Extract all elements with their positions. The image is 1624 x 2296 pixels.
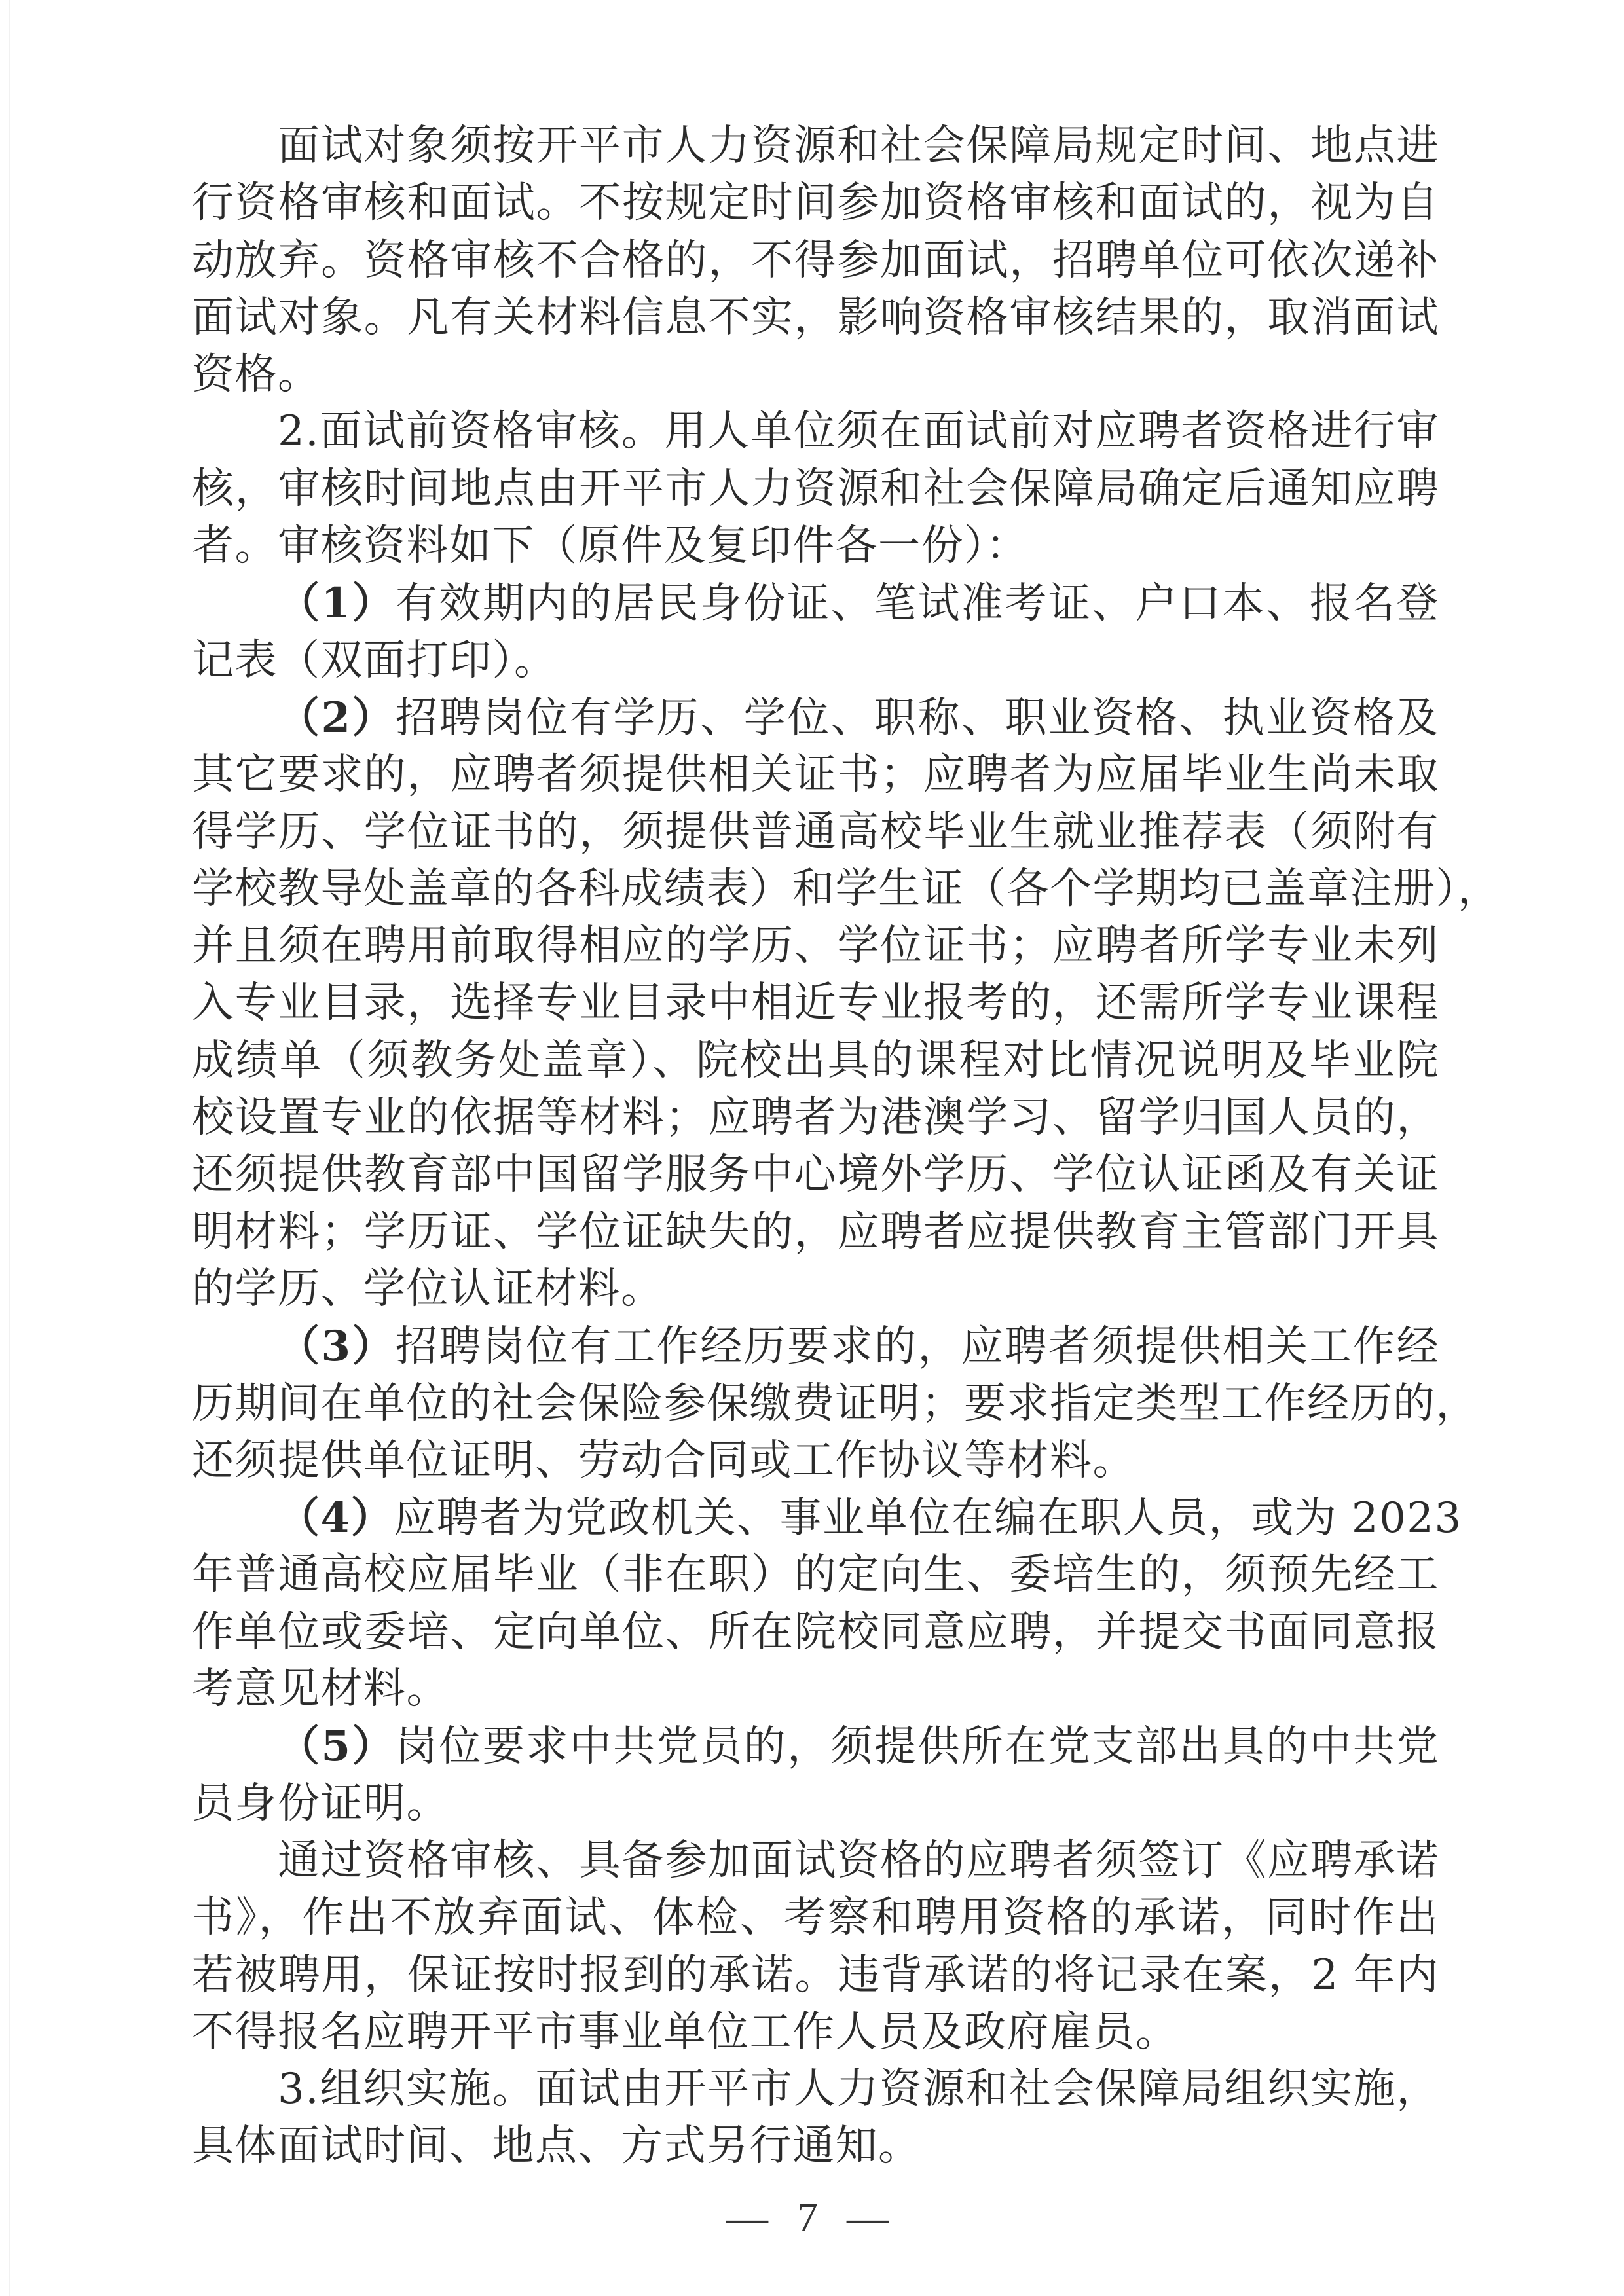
text-line: （3）招聘岗位有工作经历要求的，应聘者须提供相关工作经 xyxy=(192,1318,1439,1375)
item-marker: （1） xyxy=(278,579,396,628)
list-item-5: （5）岗位要求中共党员的，须提供所在党支部出具的中共党 员身份证明。 xyxy=(192,1718,1439,1832)
item-text: 岗位要求中共党员的，须提供所在党支部出具的中共党 xyxy=(396,1722,1439,1771)
text-line: （4）应聘者为党政机关、事业单位在编在职人员，或为 2023 xyxy=(192,1489,1439,1546)
item-marker: （3） xyxy=(278,1322,396,1371)
text-line: 得学历、学位证书的，须提供普通高校毕业生就业推荐表（须附有 xyxy=(192,804,1439,861)
text-line: 若被聘用，保证按时报到的承诺。违背承诺的将记录在案，2 年内 xyxy=(192,1947,1439,2004)
list-item-1: （1）有效期内的居民身份证、笔试准考证、户口本、报名登 记表（双面打印）。 xyxy=(192,575,1439,689)
text-line: 还须提供教育部中国留学服务中心境外学历、学位认证函及有关证 xyxy=(192,1146,1439,1203)
document-body: 面试对象须按开平市人力资源和社会保障局规定时间、地点进 行资格审核和面试。不按规… xyxy=(192,118,1439,2176)
text-line: 校设置专业的依据等材料；应聘者为港澳学习、留学归国人员的， xyxy=(192,1089,1439,1146)
text-line: 具体面试时间、地点、方式另行通知。 xyxy=(192,2118,1439,2175)
text-line: 明材料；学历证、学位证缺失的，应聘者应提供教育主管部门开具 xyxy=(192,1204,1439,1261)
paragraph-section-2-qualification-review: 2.面试前资格审核。用人单位须在面试前对应聘者资格进行审 核，审核时间地点由开平… xyxy=(192,403,1439,575)
text-line: 成绩单（须教务处盖章）、院校出具的课程对比情况说明及毕业院 xyxy=(192,1032,1439,1089)
text-line: 面试对象。凡有关材料信息不实，影响资格审核结果的，取消面试 xyxy=(192,289,1439,346)
item-text: 招聘岗位有学历、学位、职称、职业资格、执业资格及 xyxy=(396,694,1439,742)
paragraph-commitment: 通过资格审核、具备参加面试资格的应聘者须签订《应聘承诺 书》，作出不放弃面试、体… xyxy=(192,1832,1439,2061)
list-item-4: （4）应聘者为党政机关、事业单位在编在职人员，或为 2023 年普通高校应届毕业… xyxy=(192,1489,1439,1718)
text-line: 考意见材料。 xyxy=(192,1661,1439,1718)
text-line: （1）有效期内的居民身份证、笔试准考证、户口本、报名登 xyxy=(192,575,1439,632)
text-line: 动放弃。资格审核不合格的，不得参加面试，招聘单位可依次递补 xyxy=(192,232,1439,289)
text-line: 者。审核资料如下（原件及复印件各一份）： xyxy=(192,518,1439,575)
text-line: 记表（双面打印）。 xyxy=(192,632,1439,689)
text-line: 通过资格审核、具备参加面试资格的应聘者须签订《应聘承诺 xyxy=(192,1832,1439,1889)
paragraph-section-3-implementation: 3.组织实施。面试由开平市人力资源和社会保障局组织实施， 具体面试时间、地点、方… xyxy=(192,2061,1439,2176)
text-line: 书》，作出不放弃面试、体检、考察和聘用资格的承诺，同时作出 xyxy=(192,1889,1439,1946)
item-text: 应聘者为党政机关、事业单位在编在职人员，或为 2023 xyxy=(394,1494,1462,1542)
page-edge xyxy=(9,0,10,2296)
text-line: 并且须在聘用前取得相应的学历、学位证书；应聘者所学专业未列 xyxy=(192,918,1439,975)
item-marker: （2） xyxy=(278,693,396,742)
text-line: 核，审核时间地点由开平市人力资源和社会保障局确定后通知应聘 xyxy=(192,461,1439,518)
paragraph-interview-target: 面试对象须按开平市人力资源和社会保障局规定时间、地点进 行资格审核和面试。不按规… xyxy=(192,118,1439,403)
item-marker: （4） xyxy=(278,1493,394,1542)
list-item-2: （2）招聘岗位有学历、学位、职称、职业资格、执业资格及 其它要求的，应聘者须提供… xyxy=(192,689,1439,1318)
item-text: 招聘岗位有工作经历要求的，应聘者须提供相关工作经 xyxy=(396,1322,1439,1371)
text-line: 历期间在单位的社会保险参保缴费证明；要求指定类型工作经历的， xyxy=(192,1376,1439,1432)
text-line: 还须提供单位证明、劳动合同或工作协议等材料。 xyxy=(192,1432,1439,1489)
text-line: （2）招聘岗位有学历、学位、职称、职业资格、执业资格及 xyxy=(192,689,1439,746)
text-line: 3.组织实施。面试由开平市人力资源和社会保障局组织实施， xyxy=(192,2061,1439,2118)
text-line: 年普通高校应届毕业（非在职）的定向生、委培生的，须预先经工 xyxy=(192,1546,1439,1603)
page-number: — 7 — xyxy=(0,2193,1624,2242)
text-line: 入专业目录，选择专业目录中相近专业报考的，还需所学专业课程 xyxy=(192,975,1439,1032)
text-line: 员身份证明。 xyxy=(192,1776,1439,1832)
item-text: 有效期内的居民身份证、笔试准考证、户口本、报名登 xyxy=(396,579,1439,628)
item-marker: （5） xyxy=(278,1722,396,1771)
text-line: 面试对象须按开平市人力资源和社会保障局规定时间、地点进 xyxy=(192,118,1439,175)
text-line: 2.面试前资格审核。用人单位须在面试前对应聘者资格进行审 xyxy=(192,403,1439,460)
text-line: 其它要求的，应聘者须提供相关证书；应聘者为应届毕业生尚未取 xyxy=(192,746,1439,803)
text-line: 作单位或委培、定向单位、所在院校同意应聘，并提交书面同意报 xyxy=(192,1604,1439,1661)
text-line: 不得报名应聘开平市事业单位工作人员及政府雇员。 xyxy=(192,2004,1439,2061)
text-line: 资格。 xyxy=(192,346,1439,403)
text-line: （5）岗位要求中共党员的，须提供所在党支部出具的中共党 xyxy=(192,1718,1439,1775)
text-line: 的学历、学位认证材料。 xyxy=(192,1261,1439,1318)
list-item-3: （3）招聘岗位有工作经历要求的，应聘者须提供相关工作经 历期间在单位的社会保险参… xyxy=(192,1318,1439,1489)
text-line: 学校教导处盖章的各科成绩表）和学生证（各个学期均已盖章注册）， xyxy=(192,861,1439,918)
text-line: 行资格审核和面试。不按规定时间参加资格审核和面试的，视为自 xyxy=(192,175,1439,232)
